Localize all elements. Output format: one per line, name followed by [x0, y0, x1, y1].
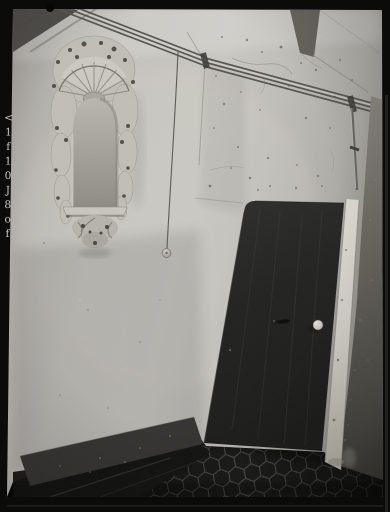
vignette: [0, 0, 390, 512]
plate-number-inscription: <1f10J8of: [1, 112, 14, 243]
print-edge-line: [7, 505, 383, 507]
punch-hole: [46, 4, 54, 12]
photo-frame: <1f10J8of: [0, 0, 390, 512]
print-edge-line: [385, 95, 388, 512]
photograph-scene: [0, 0, 390, 512]
